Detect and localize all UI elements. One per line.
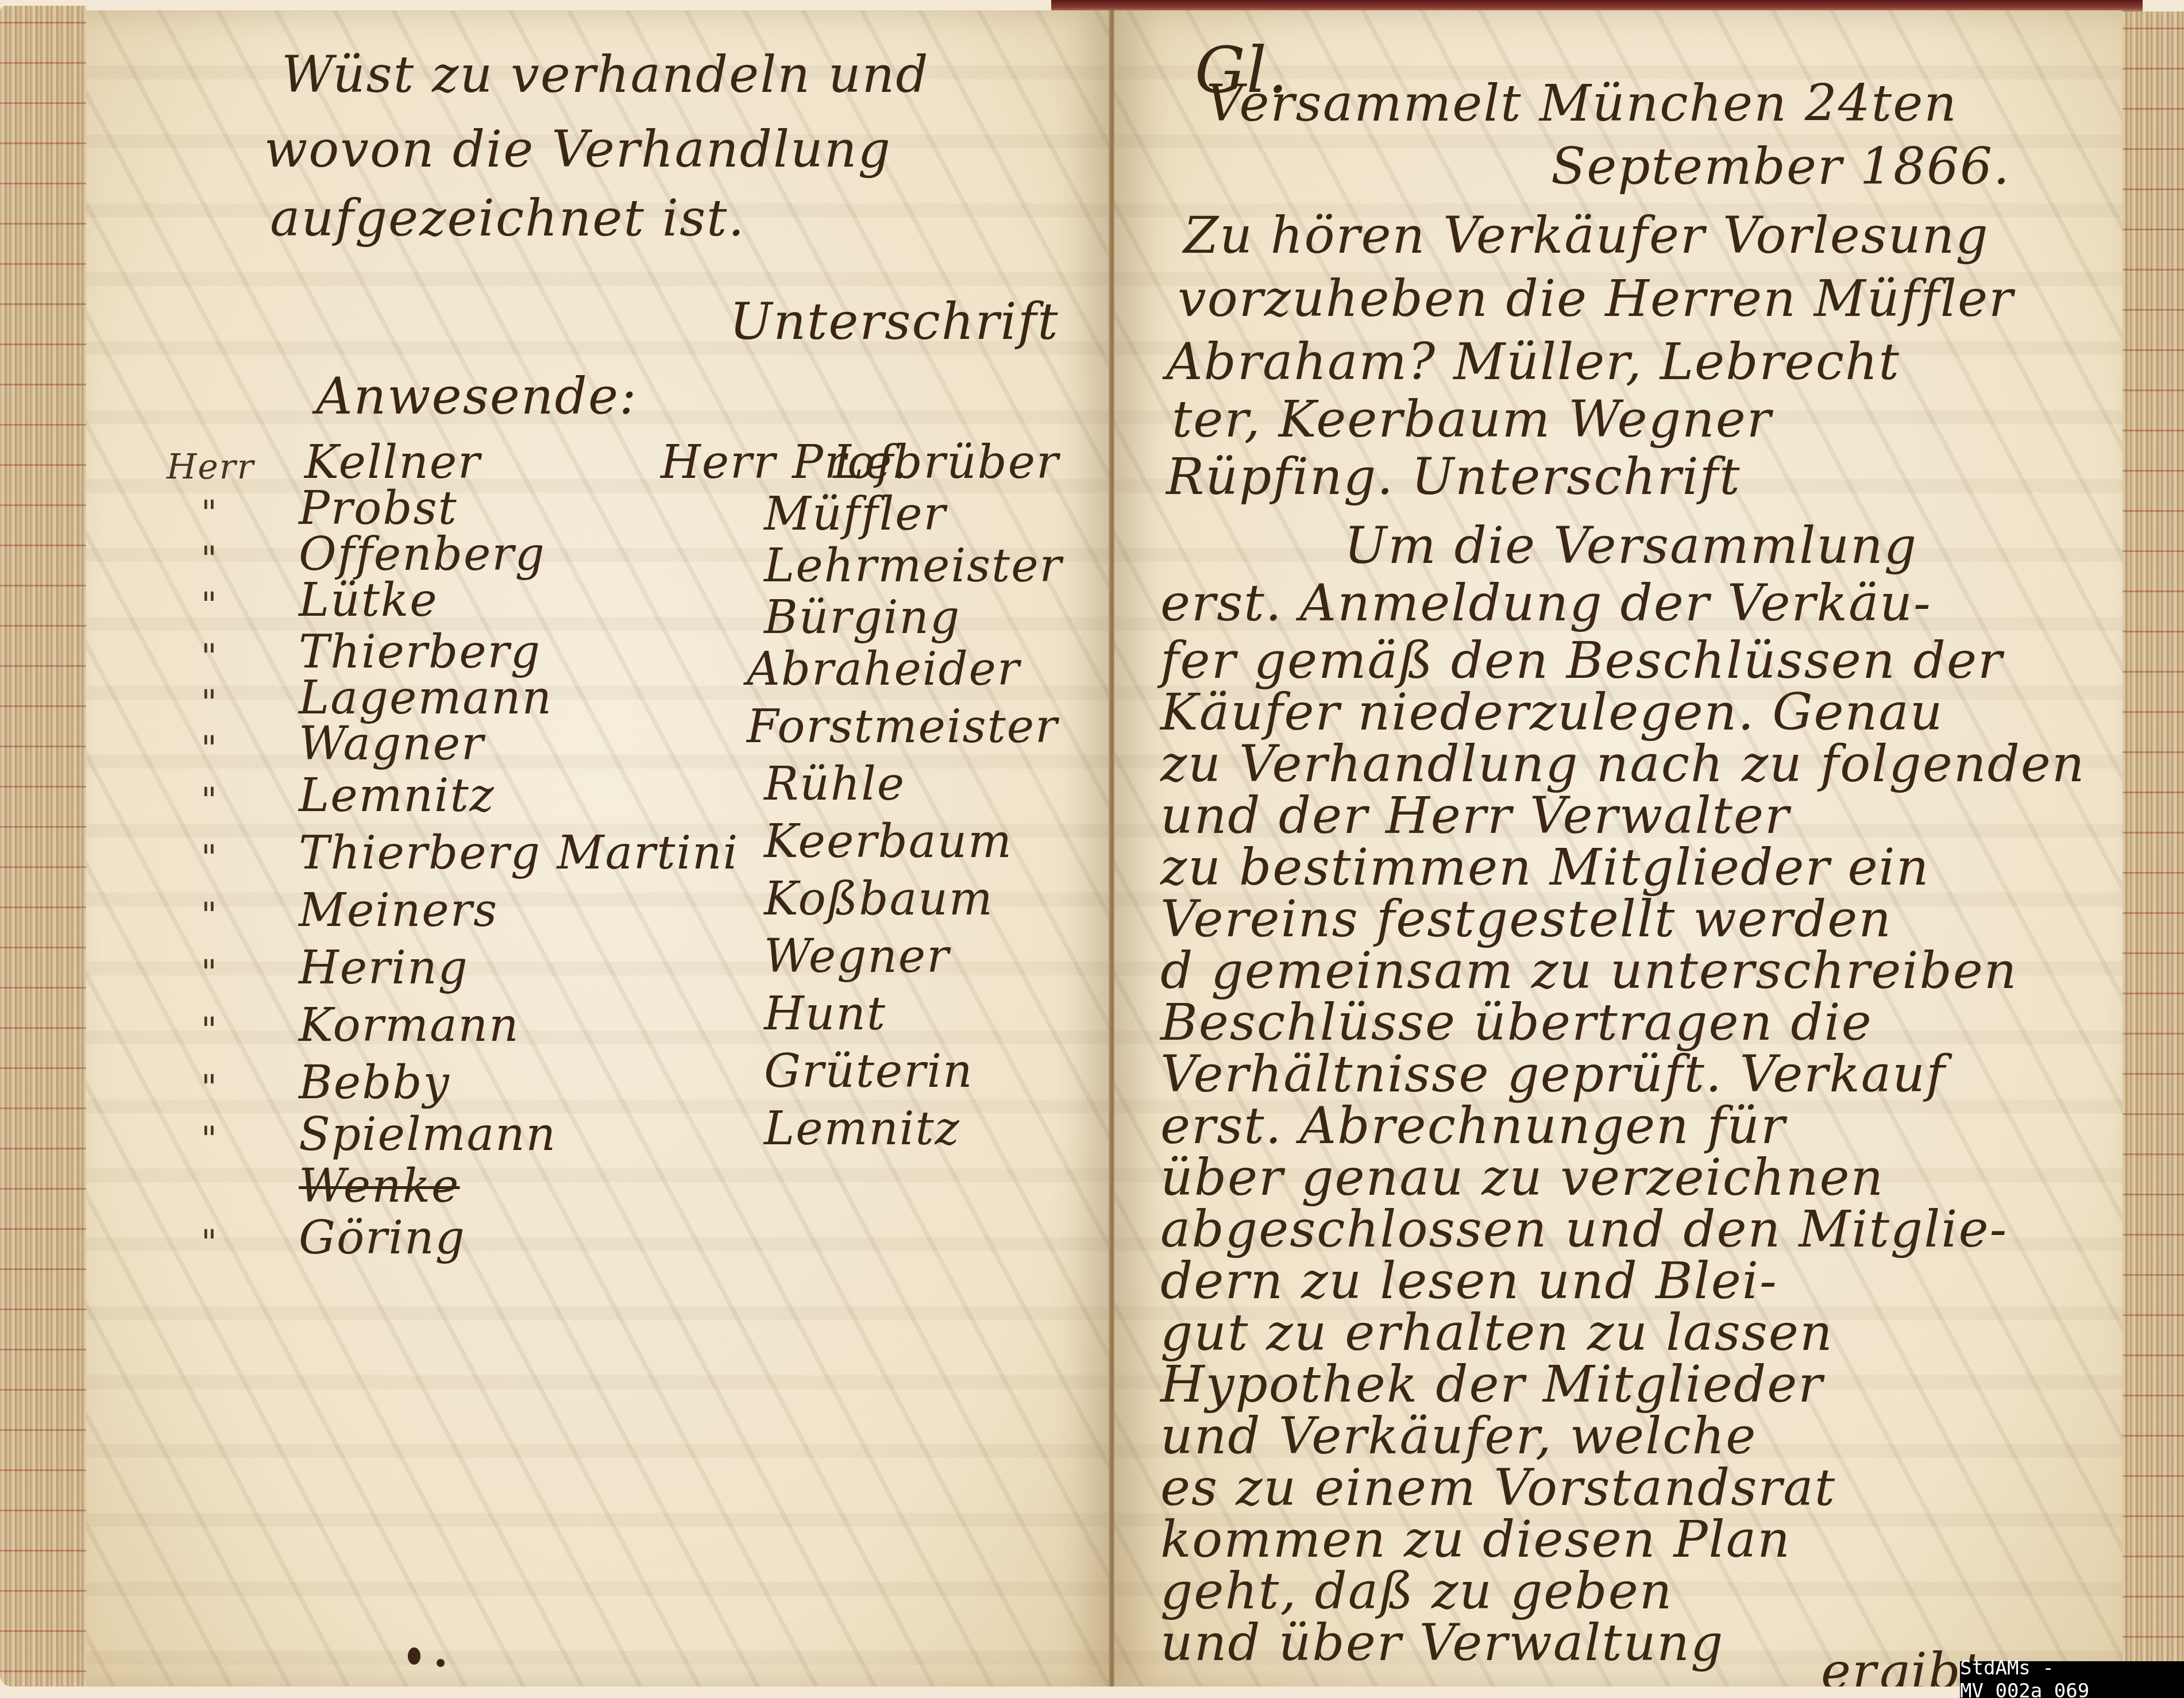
ditto-mark: " — [201, 636, 218, 677]
body-line: erst. Abrechnungen für — [1160, 1096, 1786, 1155]
attendee-name: Rühle — [764, 757, 905, 811]
body-line: erst. Anmeldung der Verkäu- — [1160, 573, 1932, 632]
sprinkled-edge — [0, 6, 86, 1687]
attendee-name: Forstmeister — [747, 700, 1058, 753]
body-line: Abraham? Müller, Lebrecht — [1166, 332, 1900, 391]
attendee-name-struck: Wenke — [299, 1159, 460, 1213]
ink-blot — [437, 1659, 445, 1667]
body-line: dern zu lesen und Blei- — [1160, 1251, 1778, 1310]
body-line: vorzuheben die Herren Müffler — [1178, 269, 2014, 328]
attendee-name: Wegner — [764, 929, 950, 983]
attendee-name: Koßbaum — [764, 872, 994, 925]
ditto-mark: " — [201, 780, 218, 820]
attendee-name: Göring — [299, 1211, 466, 1264]
left-page-edges — [0, 6, 86, 1687]
attendee-name: Lemnitz — [299, 769, 495, 822]
ink-blot — [408, 1647, 420, 1665]
body-line: fer gemäß den Beschlüssen der — [1160, 631, 2003, 690]
body-line: Käufer niederzulegen. Genau — [1160, 682, 1943, 742]
attendee-name: Lütke — [299, 573, 438, 627]
attendee-name: Lehrmeister — [764, 539, 1063, 592]
ditto-mark: " — [201, 1222, 218, 1263]
heading-line: Wüst zu verhandeln und — [281, 45, 929, 104]
ditto-mark: " — [201, 1067, 218, 1107]
archive-reference-label: StdAMs - MV_002a_069 — [1960, 1661, 2184, 1698]
ditto-mark: " — [201, 585, 218, 625]
body-line: Verhältnisse geprüft. Verkauf — [1160, 1044, 1946, 1103]
ditto-mark: " — [201, 728, 218, 769]
body-line: abgeschlossen und den Mitglie- — [1160, 1199, 2008, 1259]
ditto-mark: " — [201, 1119, 218, 1159]
body-line: kommen zu diesen Plan — [1160, 1510, 1791, 1569]
body-line: Hypothek der Mitglieder — [1160, 1354, 1823, 1414]
body-line: ergibt — [1821, 1642, 1983, 1687]
ditto-mark: " — [201, 682, 218, 723]
prefix: Herr — [167, 447, 254, 487]
body-line: Zu hören Verkäufer Vorlesung — [1183, 206, 1989, 265]
attendee-name: Müffler — [764, 487, 947, 541]
body-line: und Verkäufer, welche — [1160, 1406, 1757, 1465]
body-line: über genau zu verzeichnen — [1160, 1148, 1884, 1207]
attendee-name: Spielmann — [299, 1107, 557, 1161]
body-line: zu bestimmen Mitglieder ein — [1160, 838, 1930, 897]
attendee-name: Abraheider — [747, 642, 1020, 696]
attendee-name: Kormann — [299, 998, 520, 1052]
body-line: Beschlüsse übertragen die — [1160, 993, 1873, 1052]
body-line: und der Herr Verwalter — [1160, 786, 1790, 845]
heading-place-date: Versammelt München 24ten — [1206, 74, 1958, 133]
open-book-spread: Wüst zu verhandeln und wovon die Verhand… — [0, 0, 2184, 1698]
sprinkled-edge — [2121, 11, 2184, 1687]
attendee-name: Hunt — [764, 987, 886, 1040]
attendee-name: Wagner — [299, 717, 484, 770]
attendee-name: Keerbaum — [764, 815, 1013, 868]
attendee-name: Thierberg Martini — [299, 826, 739, 879]
attendees-heading: Anwesende: — [316, 366, 638, 426]
body-line: Rüpfing. Unterschrift — [1166, 447, 1741, 506]
body-line: geht, daß zu geben — [1160, 1561, 1673, 1620]
heading-line: wovon die Verhandlung — [264, 119, 892, 179]
left-page: Wüst zu verhandeln und wovon die Verhand… — [86, 10, 1112, 1687]
body-line: und über Verwaltung — [1160, 1613, 1724, 1672]
ditto-mark: " — [201, 1010, 218, 1050]
attendee-name: Bebby — [299, 1056, 450, 1109]
body-line: d gemeinsam zu unterschreiben — [1160, 941, 2017, 1000]
ditto-mark: " — [201, 838, 218, 878]
body-line: zu Verhandlung nach zu folgenden — [1160, 734, 2086, 793]
body-line: Vereins festgestellt werden — [1160, 889, 1892, 948]
right-page: Gl. Versammelt München 24ten September 1… — [1114, 10, 2123, 1687]
attendee-name: Hering — [299, 941, 469, 994]
body-line: ter, Keerbaum Wegner — [1172, 389, 1772, 449]
right-page-edges — [2121, 11, 2184, 1687]
body-line: es zu einem Vorstandsrat — [1160, 1458, 1836, 1517]
ditto-mark: " — [201, 895, 218, 935]
ditto-mark: " — [201, 952, 218, 993]
ditto-mark: " — [201, 539, 218, 579]
attendee-name: Lebrüber — [833, 435, 1059, 489]
attendee-name: Meiners — [299, 883, 498, 937]
body-line: Um die Versammlung — [1344, 516, 1917, 575]
attendee-name: Bürging — [764, 591, 960, 644]
attendee-name: Grüterin — [764, 1044, 974, 1098]
body-line: gut zu erhalten zu lassen — [1160, 1303, 1834, 1362]
attendee-name: Lemnitz — [764, 1102, 960, 1155]
ditto-mark: " — [201, 493, 218, 533]
heading-month-year: September 1866. — [1551, 137, 2011, 196]
heading-line: aufgezeichnet ist. — [270, 188, 745, 248]
signature: Unterschrift — [730, 292, 1059, 351]
